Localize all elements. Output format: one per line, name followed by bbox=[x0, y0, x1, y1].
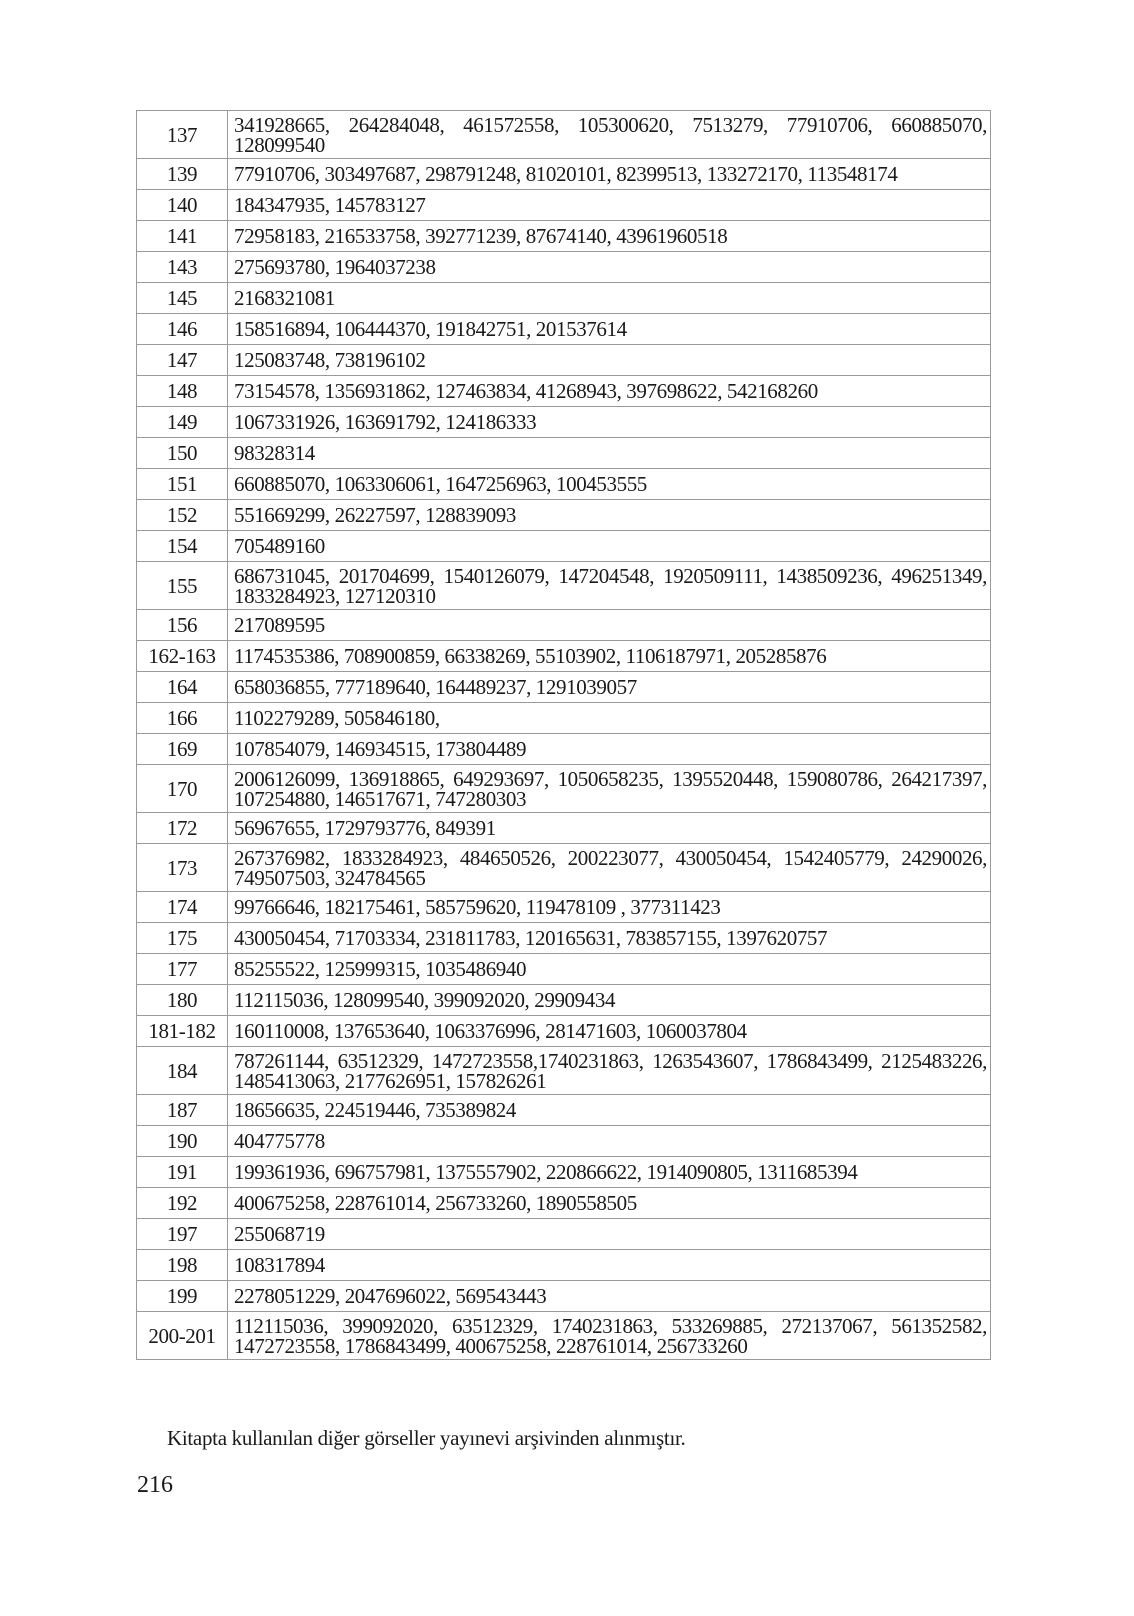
page-number-cell: 162-163 bbox=[137, 641, 228, 672]
page-number-cell: 181-182 bbox=[137, 1016, 228, 1047]
page-number-cell: 148 bbox=[137, 376, 228, 407]
table-row: 17256967655, 1729793776, 849391 bbox=[137, 813, 991, 844]
page-number-cell: 197 bbox=[137, 1219, 228, 1250]
image-ids-cell: 267376982, 1833284923, 484650526, 200223… bbox=[228, 844, 991, 892]
image-ids-cell: 85255522, 125999315, 1035486940 bbox=[228, 954, 991, 985]
table-row: 173267376982, 1833284923, 484650526, 200… bbox=[137, 844, 991, 892]
table-row: 154705489160 bbox=[137, 531, 991, 562]
page-number-cell: 174 bbox=[137, 892, 228, 923]
page-number-cell: 149 bbox=[137, 407, 228, 438]
table-row: 140184347935, 145783127 bbox=[137, 190, 991, 221]
table-row: 181-182160110008, 137653640, 1063376996,… bbox=[137, 1016, 991, 1047]
page-number-cell: 200-201 bbox=[137, 1312, 228, 1360]
table-row: 17785255522, 125999315, 1035486940 bbox=[137, 954, 991, 985]
image-ids-cell: 125083748, 738196102 bbox=[228, 345, 991, 376]
page-number-cell: 187 bbox=[137, 1095, 228, 1126]
page-number-cell: 184 bbox=[137, 1047, 228, 1095]
table-row: 147125083748, 738196102 bbox=[137, 345, 991, 376]
page-number-cell: 150 bbox=[137, 438, 228, 469]
image-ids-cell: 2006126099, 136918865, 649293697, 105065… bbox=[228, 765, 991, 813]
table-row: 137341928665, 264284048, 461572558, 1053… bbox=[137, 111, 991, 159]
image-ids-cell: 404775778 bbox=[228, 1126, 991, 1157]
image-ids-cell: 2168321081 bbox=[228, 283, 991, 314]
footnote: Kitapta kullanılan diğer görseller yayın… bbox=[167, 1426, 685, 1451]
page-number-cell: 198 bbox=[137, 1250, 228, 1281]
image-ids-cell: 1067331926, 163691792, 124186333 bbox=[228, 407, 991, 438]
image-ids-cell: 551669299, 26227597, 128839093 bbox=[228, 500, 991, 531]
page-number-cell: 190 bbox=[137, 1126, 228, 1157]
table-row: 1702006126099, 136918865, 649293697, 105… bbox=[137, 765, 991, 813]
image-ids-cell: 705489160 bbox=[228, 531, 991, 562]
page-number-cell: 173 bbox=[137, 844, 228, 892]
table-row: 146158516894, 106444370, 191842751, 2015… bbox=[137, 314, 991, 345]
page-number-cell: 156 bbox=[137, 610, 228, 641]
page-number-cell: 192 bbox=[137, 1188, 228, 1219]
image-ids-cell: 158516894, 106444370, 191842751, 2015376… bbox=[228, 314, 991, 345]
table-row: 151660885070, 1063306061, 1647256963, 10… bbox=[137, 469, 991, 500]
page-number-cell: 172 bbox=[137, 813, 228, 844]
page-number-cell: 170 bbox=[137, 765, 228, 813]
image-ids-cell: 72958183, 216533758, 392771239, 87674140… bbox=[228, 221, 991, 252]
image-ids-cell: 160110008, 137653640, 1063376996, 281471… bbox=[228, 1016, 991, 1047]
image-ids-cell: 787261144, 63512329, 1472723558,17402318… bbox=[228, 1047, 991, 1095]
table-row: 198108317894 bbox=[137, 1250, 991, 1281]
image-ids-cell: 217089595 bbox=[228, 610, 991, 641]
page-number-cell: 141 bbox=[137, 221, 228, 252]
page-number-cell: 147 bbox=[137, 345, 228, 376]
image-ids-cell: 56967655, 1729793776, 849391 bbox=[228, 813, 991, 844]
table-row: 1491067331926, 163691792, 124186333 bbox=[137, 407, 991, 438]
table-row: 192400675258, 228761014, 256733260, 1890… bbox=[137, 1188, 991, 1219]
table-row: 15098328314 bbox=[137, 438, 991, 469]
image-ids-cell: 199361936, 696757981, 1375557902, 220866… bbox=[228, 1157, 991, 1188]
image-ids-cell: 660885070, 1063306061, 1647256963, 10045… bbox=[228, 469, 991, 500]
image-ids-cell: 2278051229, 2047696022, 569543443 bbox=[228, 1281, 991, 1312]
page-number-cell: 180 bbox=[137, 985, 228, 1016]
image-ids-cell: 18656635, 224519446, 735389824 bbox=[228, 1095, 991, 1126]
table-row: 152551669299, 26227597, 128839093 bbox=[137, 500, 991, 531]
image-ids-cell: 341928665, 264284048, 461572558, 1053006… bbox=[228, 111, 991, 159]
table-row: 156217089595 bbox=[137, 610, 991, 641]
image-ids-cell: 255068719 bbox=[228, 1219, 991, 1250]
table-row: 200-201112115036, 399092020, 63512329, 1… bbox=[137, 1312, 991, 1360]
table-row: 14873154578, 1356931862, 127463834, 4126… bbox=[137, 376, 991, 407]
table-row: 190404775778 bbox=[137, 1126, 991, 1157]
page-number-cell: 166 bbox=[137, 703, 228, 734]
page-number-cell: 152 bbox=[137, 500, 228, 531]
page-number-cell: 154 bbox=[137, 531, 228, 562]
table-row: 143275693780, 1964037238 bbox=[137, 252, 991, 283]
image-ids-cell: 686731045, 201704699, 1540126079, 147204… bbox=[228, 562, 991, 610]
page-number-cell: 146 bbox=[137, 314, 228, 345]
page-number-cell: 164 bbox=[137, 672, 228, 703]
table-row: 184787261144, 63512329, 1472723558,17402… bbox=[137, 1047, 991, 1095]
image-ids-cell: 400675258, 228761014, 256733260, 1890558… bbox=[228, 1188, 991, 1219]
image-ids-cell: 184347935, 145783127 bbox=[228, 190, 991, 221]
table-row: 17499766646, 182175461, 585759620, 11947… bbox=[137, 892, 991, 923]
page-number-cell: 191 bbox=[137, 1157, 228, 1188]
table-row: 18718656635, 224519446, 735389824 bbox=[137, 1095, 991, 1126]
table-row: 1661102279289, 505846180, bbox=[137, 703, 991, 734]
image-ids-cell: 99766646, 182175461, 585759620, 11947810… bbox=[228, 892, 991, 923]
page-number-cell: 169 bbox=[137, 734, 228, 765]
page-number-cell: 177 bbox=[137, 954, 228, 985]
page-number: 216 bbox=[137, 1472, 173, 1499]
table-row: 13977910706, 303497687, 298791248, 81020… bbox=[137, 159, 991, 190]
image-ids-cell: 77910706, 303497687, 298791248, 81020101… bbox=[228, 159, 991, 190]
page-number-cell: 145 bbox=[137, 283, 228, 314]
image-ids-cell: 658036855, 777189640, 164489237, 1291039… bbox=[228, 672, 991, 703]
image-ids-cell: 108317894 bbox=[228, 1250, 991, 1281]
table-row: 14172958183, 216533758, 392771239, 87674… bbox=[137, 221, 991, 252]
table-row: 169107854079, 146934515, 173804489 bbox=[137, 734, 991, 765]
table-row: 1452168321081 bbox=[137, 283, 991, 314]
image-credits-table: 137341928665, 264284048, 461572558, 1053… bbox=[136, 110, 991, 1360]
page-number-cell: 151 bbox=[137, 469, 228, 500]
table-row: 162-1631174535386, 708900859, 66338269, … bbox=[137, 641, 991, 672]
page-number-cell: 140 bbox=[137, 190, 228, 221]
image-ids-cell: 275693780, 1964037238 bbox=[228, 252, 991, 283]
image-ids-cell: 430050454, 71703334, 231811783, 12016563… bbox=[228, 923, 991, 954]
image-ids-cell: 112115036, 399092020, 63512329, 17402318… bbox=[228, 1312, 991, 1360]
page-number-cell: 155 bbox=[137, 562, 228, 610]
table-row: 155686731045, 201704699, 1540126079, 147… bbox=[137, 562, 991, 610]
table-row: 164658036855, 777189640, 164489237, 1291… bbox=[137, 672, 991, 703]
page-number-cell: 139 bbox=[137, 159, 228, 190]
image-ids-cell: 112115036, 128099540, 399092020, 2990943… bbox=[228, 985, 991, 1016]
table-row: 180112115036, 128099540, 399092020, 2990… bbox=[137, 985, 991, 1016]
page-number-cell: 137 bbox=[137, 111, 228, 159]
page-number-cell: 175 bbox=[137, 923, 228, 954]
table-row: 191199361936, 696757981, 1375557902, 220… bbox=[137, 1157, 991, 1188]
image-ids-cell: 98328314 bbox=[228, 438, 991, 469]
table-row: 175430050454, 71703334, 231811783, 12016… bbox=[137, 923, 991, 954]
credits-table-body: 137341928665, 264284048, 461572558, 1053… bbox=[137, 111, 991, 1360]
image-ids-cell: 73154578, 1356931862, 127463834, 4126894… bbox=[228, 376, 991, 407]
image-ids-cell: 107854079, 146934515, 173804489 bbox=[228, 734, 991, 765]
image-ids-cell: 1102279289, 505846180, bbox=[228, 703, 991, 734]
page-number-cell: 199 bbox=[137, 1281, 228, 1312]
image-ids-cell: 1174535386, 708900859, 66338269, 5510390… bbox=[228, 641, 991, 672]
table-row: 197255068719 bbox=[137, 1219, 991, 1250]
page-number-cell: 143 bbox=[137, 252, 228, 283]
table-row: 1992278051229, 2047696022, 569543443 bbox=[137, 1281, 991, 1312]
